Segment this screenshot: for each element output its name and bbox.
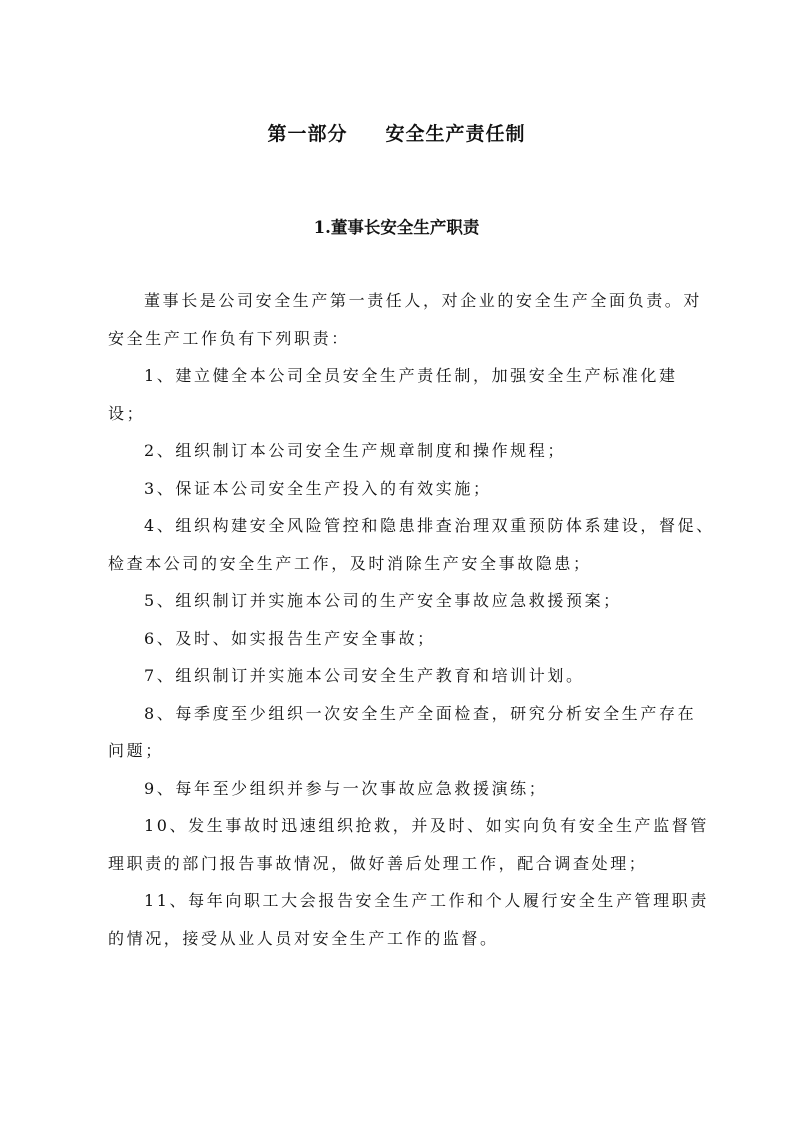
paragraph-line: 检查本公司的安全生产工作，及时消除生产安全事故隐患；	[108, 545, 700, 583]
paragraph-line: 3、保证本公司安全生产投入的有效实施；	[108, 470, 700, 508]
paragraph-line: 安全生产工作负有下列职责：	[108, 320, 700, 358]
duty-item-8: 8、每季度至少组织一次安全生产全面检查，研究分析安全生产存在 问题；	[108, 695, 700, 770]
duty-item-10: 10、发生事故时迅速组织抢救，并及时、如实向负有安全生产监督管 理职责的部门报告…	[108, 807, 700, 882]
duty-item-9: 9、每年至少组织并参与一次事故应急救援演练；	[108, 770, 700, 808]
paragraph-line: 7、组织制订并实施本公司安全生产教育和培训计划。	[108, 657, 700, 695]
duty-item-4: 4、组织构建安全风险管控和隐患排查治理双重预防体系建设，督促、 检查本公司的安全…	[108, 507, 700, 582]
paragraph-line: 11、每年向职工大会报告安全生产工作和个人履行安全生产管理职责	[108, 882, 700, 920]
paragraph-line: 理职责的部门报告事故情况，做好善后处理工作，配合调查处理；	[108, 845, 700, 883]
duty-item-3: 3、保证本公司安全生产投入的有效实施；	[108, 470, 700, 508]
paragraph-line: 1、建立健全本公司全员安全生产责任制，加强安全生产标准化建	[108, 357, 700, 395]
paragraph-line: 4、组织构建安全风险管控和隐患排查治理双重预防体系建设，督促、	[108, 507, 700, 545]
paragraph-line: 问题；	[108, 732, 700, 770]
duty-item-5: 5、组织制订并实施本公司的生产安全事故应急救援预案；	[108, 582, 700, 620]
section-title: 1.董事长安全生产职责	[0, 215, 793, 241]
paragraph-line: 8、每季度至少组织一次安全生产全面检查，研究分析安全生产存在	[108, 695, 700, 733]
paragraph-line: 6、及时、如实报告生产安全事故；	[108, 620, 700, 658]
duty-item-11: 11、每年向职工大会报告安全生产工作和个人履行安全生产管理职责 的情况，接受从业…	[108, 882, 700, 957]
duty-item-7: 7、组织制订并实施本公司安全生产教育和培训计划。	[108, 657, 700, 695]
paragraph-line: 的情况，接受从业人员对安全生产工作的监督。	[108, 920, 700, 958]
document-body: 董事长是公司安全生产第一责任人，对企业的安全生产全面负责。对 安全生产工作负有下…	[108, 282, 700, 957]
paragraph-line: 5、组织制订并实施本公司的生产安全事故应急救援预案；	[108, 582, 700, 620]
paragraph-line: 2、组织制订本公司安全生产规章制度和操作规程；	[108, 432, 700, 470]
duty-item-1: 1、建立健全本公司全员安全生产责任制，加强安全生产标准化建 设；	[108, 357, 700, 432]
duty-item-2: 2、组织制订本公司安全生产规章制度和操作规程；	[108, 432, 700, 470]
part-title: 第一部分 安全生产责任制	[0, 120, 793, 148]
paragraph-line: 10、发生事故时迅速组织抢救，并及时、如实向负有安全生产监督管	[108, 807, 700, 845]
paragraph-line: 9、每年至少组织并参与一次事故应急救援演练；	[108, 770, 700, 808]
document-page: 第一部分 安全生产责任制 1.董事长安全生产职责 董事长是公司安全生产第一责任人…	[0, 0, 793, 1122]
paragraph-line: 董事长是公司安全生产第一责任人，对企业的安全生产全面负责。对	[108, 282, 700, 320]
paragraph-line: 设；	[108, 395, 700, 433]
intro-paragraph: 董事长是公司安全生产第一责任人，对企业的安全生产全面负责。对 安全生产工作负有下…	[108, 282, 700, 357]
duty-item-6: 6、及时、如实报告生产安全事故；	[108, 620, 700, 658]
